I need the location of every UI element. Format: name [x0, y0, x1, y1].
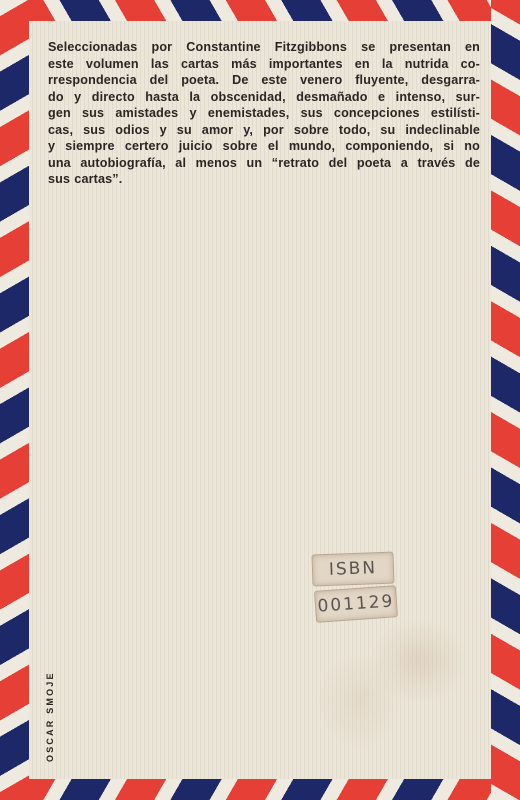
blurb-line: gen sus amistades y enemistades, sus con… [48, 105, 480, 122]
inventory-number-sticker: 001129 [314, 585, 398, 623]
airmail-border-right [491, 0, 520, 800]
blurb-line: Seleccionadas por Constantine Fitzgibbon… [48, 39, 480, 56]
airmail-border-bottom [0, 779, 520, 800]
blurb-line: y siempre certero juicio sobre el mundo,… [48, 138, 480, 155]
isbn-sticker: ISBN [311, 552, 394, 587]
blurb-text: Seleccionadas por Constantine Fitzgibbon… [48, 39, 480, 188]
book-back-cover: Seleccionadas por Constantine Fitzgibbon… [0, 0, 520, 800]
cover-designer-credit: OSCAR SMOJE [45, 671, 55, 762]
blurb-line: este volumen las cartas más importantes … [48, 56, 480, 73]
blurb-line: cas, sus odios y su amor y, por sobre to… [48, 122, 480, 139]
airmail-border-top [0, 0, 520, 21]
airmail-border-left [0, 0, 29, 800]
blurb-line: una autobiografía, al menos un “retrato … [48, 155, 480, 172]
blurb-line: rrespondencia del poeta. De este venero … [48, 72, 480, 89]
blurb-line: sus cartas”. [48, 171, 480, 188]
blurb-line: do y directo hasta la obscenidad, desmañ… [48, 89, 480, 106]
